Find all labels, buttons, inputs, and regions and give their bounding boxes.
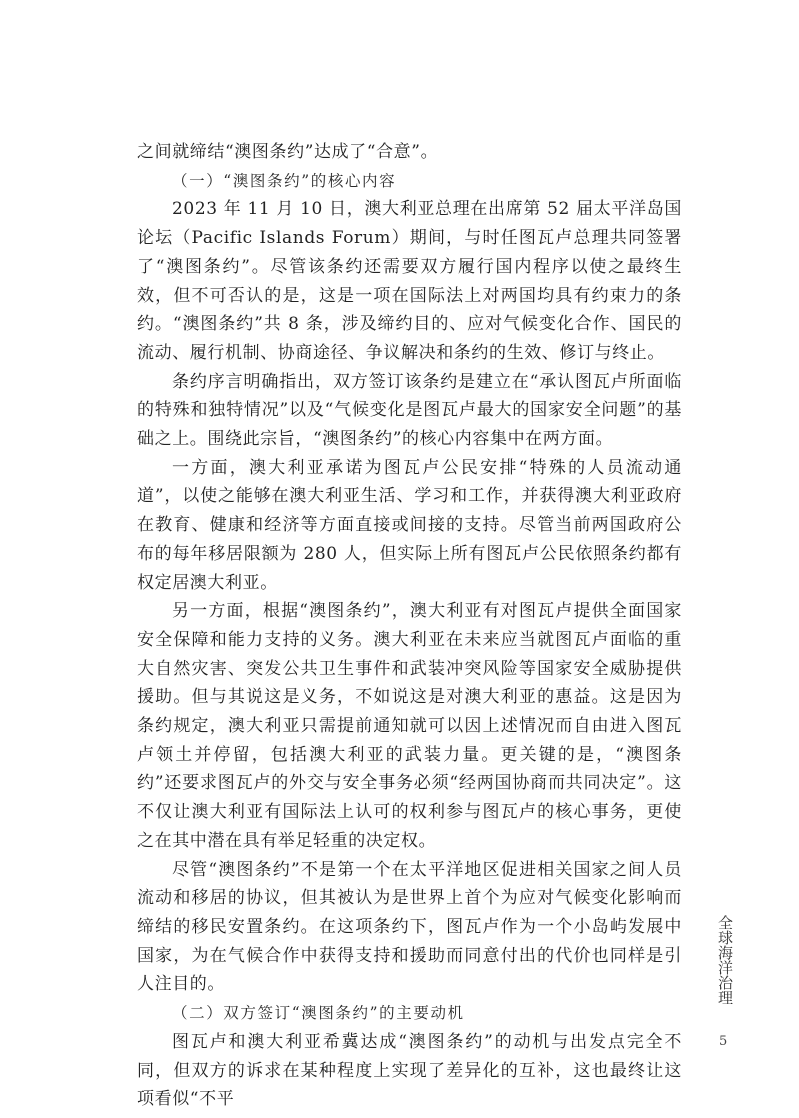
- paragraph: 尽管“澳图条约”不是第一个在太平洋地区促进相关国家之间人员流动和移居的协议，但其…: [137, 856, 682, 1000]
- paragraph: 另一方面，根据“澳图条约”，澳大利亚有对图瓦卢提供全面国家安全保障和能力支持的义…: [137, 597, 682, 855]
- section-heading-1: （一）“澳图条约”的核心内容: [137, 167, 682, 196]
- page-number: 5: [719, 1034, 727, 1049]
- document-body: 之间就缔结“澳图条约”达成了“合意”。 （一）“澳图条约”的核心内容 2023 …: [137, 138, 682, 1114]
- paragraph: 一方面，澳大利亚承诺为图瓦卢公民安排“特殊的人员流动通道”，以使之能够在澳大利亚…: [137, 454, 682, 598]
- paragraph: 图瓦卢和澳大利亚希冀达成“澳图条约”的动机与出发点完全不同，但双方的诉求在某种程…: [137, 1028, 682, 1114]
- paragraph-continuation: 之间就缔结“澳图条约”达成了“合意”。: [137, 138, 682, 167]
- paragraph: 条约序言明确指出，双方签订该条约是建立在“承认图瓦卢所面临的特殊和独特情况”以及…: [137, 368, 682, 454]
- paragraph: 2023 年 11 月 10 日，澳大利亚总理在出席第 52 届太平洋岛国论坛（…: [137, 195, 682, 367]
- running-section-title: 全球海洋治理: [715, 915, 733, 1005]
- section-heading-2: （二）双方签订“澳图条约”的主要动机: [137, 999, 682, 1028]
